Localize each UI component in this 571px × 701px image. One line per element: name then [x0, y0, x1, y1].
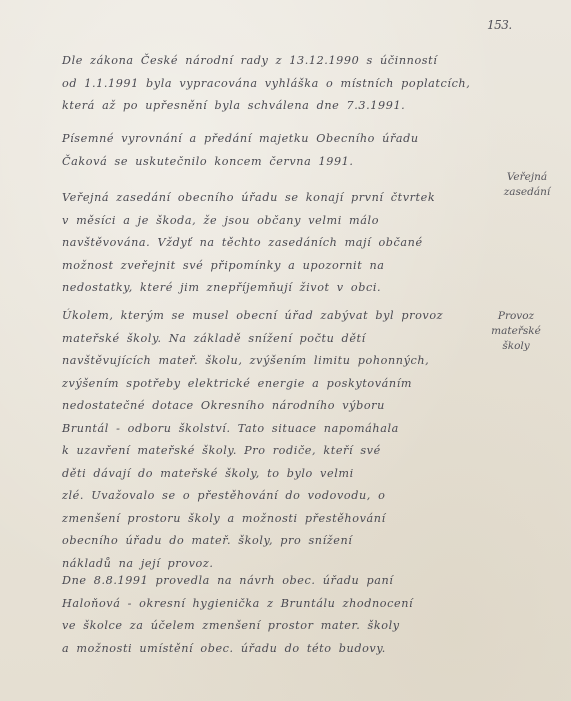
- text-line: Veřejná zasedání obecního úřadu se konaj…: [62, 187, 482, 210]
- margin-note-public-meetings: Veřejná zasedání: [492, 170, 562, 200]
- text-line: Bruntál - odboru školství. Tato situace …: [62, 418, 482, 441]
- paragraph-property-transfer: Písemné vyrovnání a předání majetku Obec…: [62, 128, 482, 173]
- text-line: která až po upřesnění byla schválena dne…: [62, 95, 492, 118]
- text-line: Dne 8.8.1991 provedla na návrh obec. úřa…: [62, 570, 482, 593]
- text-line: obecního úřadu do mateř. školy, pro sníž…: [62, 530, 482, 553]
- text-line: mateřské školy. Na základě snížení počtu…: [62, 328, 482, 351]
- margin-note-line: zasedání: [492, 185, 562, 200]
- chronicle-page: 153. Dle zákona České národní rady z 13.…: [0, 0, 571, 701]
- paragraph-local-fees: Dle zákona České národní rady z 13.12.19…: [62, 50, 492, 118]
- text-line: Čaková se uskutečnilo koncem června 1991…: [62, 151, 482, 174]
- text-line: ve školce za účelem zmenšení prostor mat…: [62, 615, 482, 638]
- text-line: v měsíci a je škoda, že jsou občany velm…: [62, 210, 482, 233]
- margin-note-line: Provoz: [486, 309, 546, 324]
- text-line: nedostatečné dotace Okresního národního …: [62, 395, 482, 418]
- text-line: navštěvována. Vždyť na těchto zasedáních…: [62, 232, 482, 255]
- paragraph-public-meetings: Veřejná zasedání obecního úřadu se konaj…: [62, 187, 482, 300]
- text-line: Dle zákona České národní rady z 13.12.19…: [62, 50, 492, 73]
- text-line: zlé. Uvažovalo se o přestěhování do vodo…: [62, 485, 482, 508]
- text-line: zmenšení prostoru školy a možnosti přest…: [62, 508, 482, 531]
- text-line: Písemné vyrovnání a předání majetku Obec…: [62, 128, 482, 151]
- text-line: od 1.1.1991 byla vypracována vyhláška o …: [62, 73, 492, 96]
- text-line: zvýšením spotřeby elektrické energie a p…: [62, 373, 482, 396]
- margin-note-line: Veřejná: [492, 170, 562, 185]
- text-line: navštěvujících mateř. školu, zvýšením li…: [62, 350, 482, 373]
- margin-note-kindergarten: Provoz mateřské školy: [486, 309, 546, 354]
- paragraph-hygiene-inspection: Dne 8.8.1991 provedla na návrh obec. úřa…: [62, 570, 482, 660]
- text-line: Úkolem, kterým se musel obecní úřad zabý…: [62, 305, 482, 328]
- paragraph-kindergarten: Úkolem, kterým se musel obecní úřad zabý…: [62, 305, 482, 575]
- margin-note-line: školy: [486, 339, 546, 354]
- text-line: nedostatky, které jim znepříjemňují živo…: [62, 277, 482, 300]
- page-number: 153.: [487, 18, 512, 32]
- text-line: k uzavření mateřské školy. Pro rodiče, k…: [62, 440, 482, 463]
- text-line: a možnosti umístění obec. úřadu do této …: [62, 638, 482, 661]
- text-line: možnost zveřejnit své připomínky a upozo…: [62, 255, 482, 278]
- text-line: Haloňová - okresní hygienička z Bruntálu…: [62, 593, 482, 616]
- text-line: děti dávají do mateřské školy, to bylo v…: [62, 463, 482, 486]
- margin-note-line: mateřské: [486, 324, 546, 339]
